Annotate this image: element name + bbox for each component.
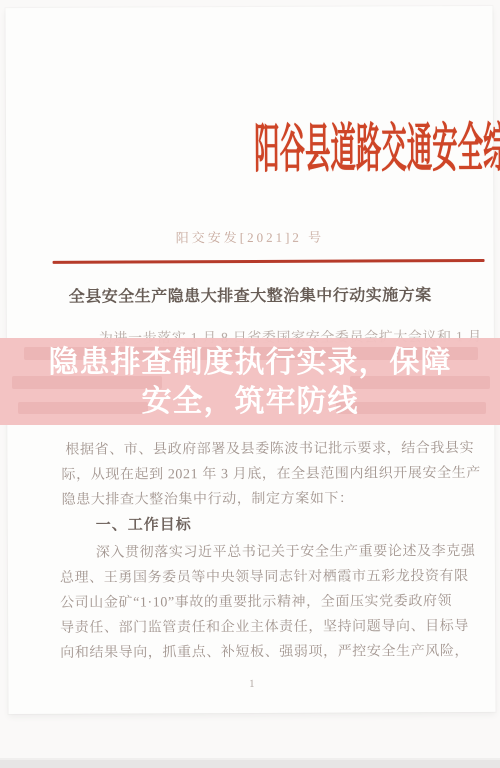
bottom-gray-strip: [0, 758, 500, 768]
document-number: 阳交安发[2021]2 号: [6, 226, 493, 247]
body-line: 导责任、部门监管责任和企业主体责任，坚持问题导向、目标导: [60, 615, 469, 637]
section-heading: 一、工作目标: [96, 513, 192, 534]
pink-title-overlay-band: 隐患排查制度执行实录，保障 安全，筑牢防线: [0, 338, 500, 425]
body-line: 向和结果导向，抓重点、补短板、强弱项，严控安全生产风险，: [60, 640, 469, 662]
overlay-headline: 隐患排查制度执行实录，保障 安全，筑牢防线: [0, 343, 500, 421]
overlay-headline-line2: 安全，筑牢防线: [0, 382, 500, 421]
redhead-title-row: 阳谷县道路交通安全综合治理委员会文件: [6, 106, 493, 184]
red-divider-line: [53, 259, 485, 264]
body-line: 总理、王勇国务委员等中央领导同志针对栖霞市五彩龙投资有限: [60, 565, 469, 587]
issuing-org-title: 阳谷县道路交通安全综合治理委员会文件: [254, 105, 500, 183]
document-photo-stage: 阳谷县道路交通安全综合治理委员会文件 阳交安发[2021]2 号 全县安全生产隐…: [0, 0, 500, 768]
body-line: 隐患大排查大整治集中行动，制定方案如下：: [62, 488, 354, 509]
overlay-headline-line1: 隐患排查制度执行实录，保障: [0, 343, 500, 382]
document-title: 全县安全生产隐患大排查大整治集中行动实施方案: [7, 282, 494, 307]
body-line: 根据省、市、县政府部署及县委陈波书记批示要求，结合我县实: [65, 437, 474, 459]
body-line: 公司山金矿“1·10”事故的重要批示精神，全面压实党委政府领: [60, 590, 452, 612]
body-line: 际，从现在起到 2021 年 3 月底，在全县范围内组织开展安全生产: [61, 462, 480, 484]
page-number: 1: [8, 677, 495, 691]
body-line: 深入贯彻落实习近平总书记关于安全生产重要论述及李克强: [96, 540, 476, 562]
